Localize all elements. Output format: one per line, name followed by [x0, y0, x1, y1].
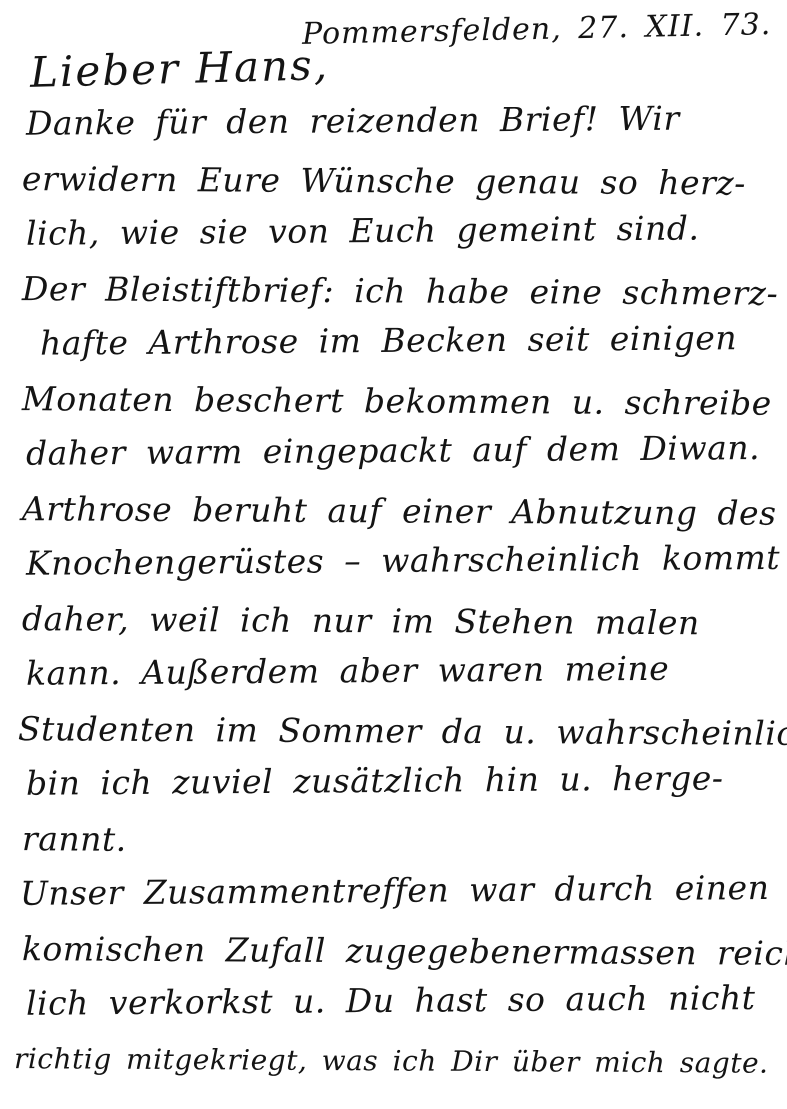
letter-line: lich, wie sie von Euch gemeint sind.	[0, 200, 787, 261]
letter-line: hafte Arthrose im Becken seit einigen	[0, 310, 787, 371]
letter-line: daher warm eingepackt auf dem Diwan.	[0, 420, 787, 481]
letter-line: bin ich zuviel zusätzlich hin u. herge-	[0, 750, 787, 811]
letter-dateline: Pommersfelden, 27. XII. 73.	[301, 7, 771, 52]
letter-line: Danke für den reizenden Brief! Wir	[0, 90, 787, 151]
letter-line: lich verkorkst u. Du hast so auch nicht	[0, 970, 787, 1031]
letter-line: richtig mitgekriegt, was ich Dir über mi…	[0, 1031, 787, 1091]
letter-salutation: Lieber Hans,	[29, 40, 329, 97]
letter-line: kann. Außerdem aber waren meine	[0, 640, 787, 701]
letter-body: Danke für den reizenden Brief! Wirerwide…	[0, 96, 787, 1086]
handwritten-letter-page: Pommersfelden, 27. XII. 73. Lieber Hans,…	[0, 0, 787, 1109]
letter-line: Knochengerüstes – wahrscheinlich kommt s…	[0, 530, 787, 591]
letter-line: Unser Zusammentreffen war durch einen	[0, 860, 787, 921]
